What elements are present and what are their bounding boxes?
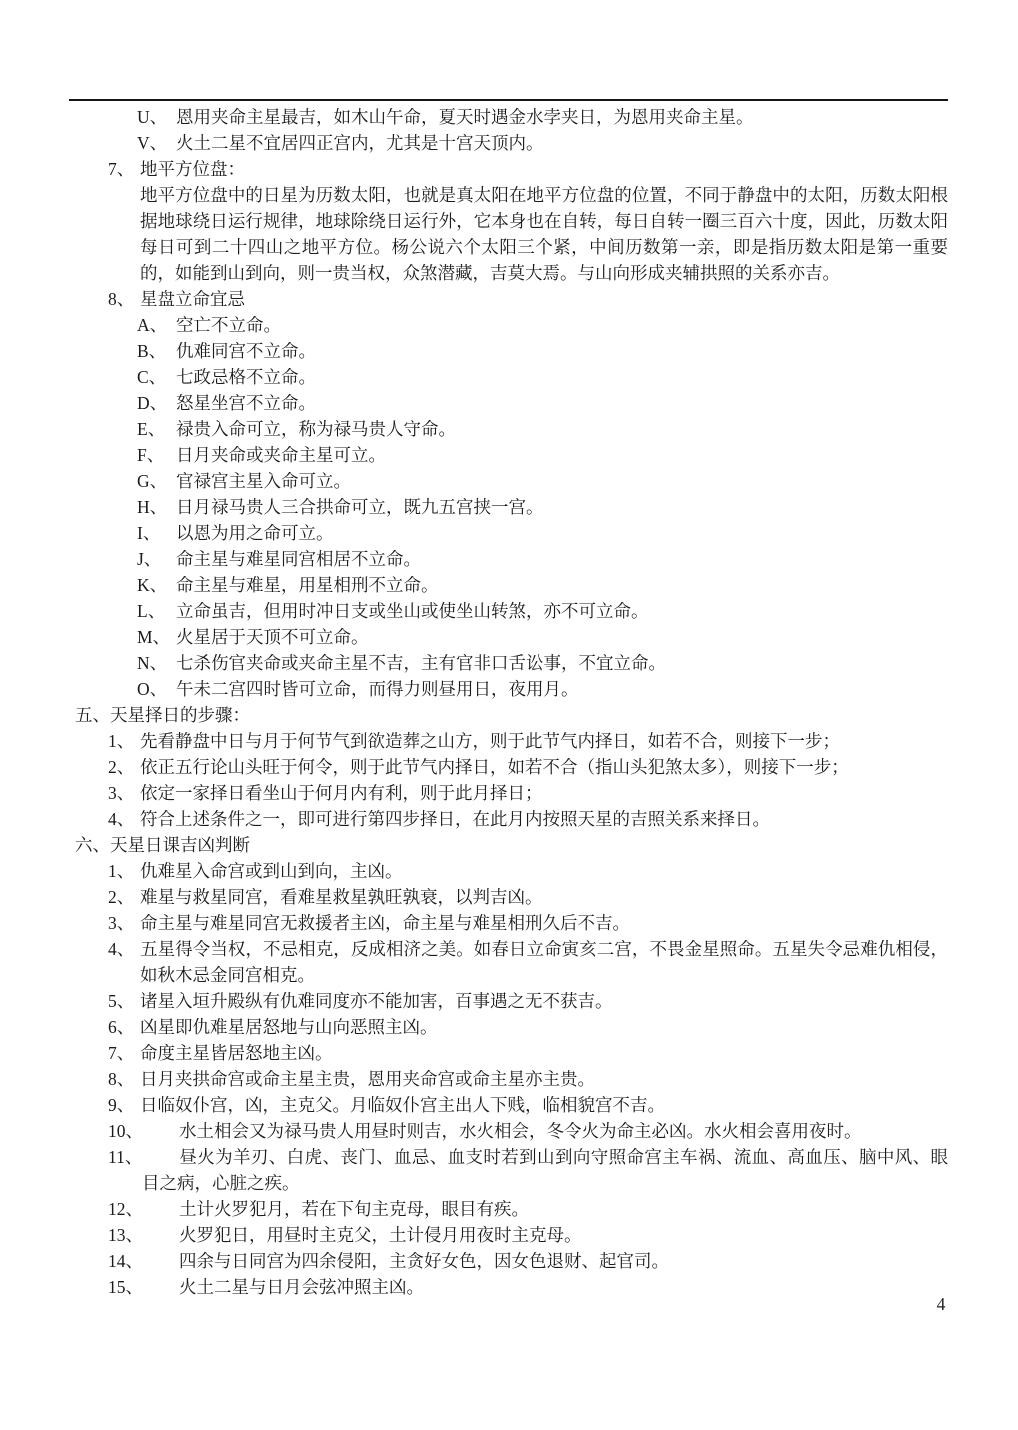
list-item: 9、日临奴仆宫，凶，主克父。月临奴仆宫主出人下贱，临相貌宫不吉。 — [69, 1092, 948, 1118]
list-item-text: 日临奴仆宫，凶，主克父。月临奴仆宫主出人下贱，临相貌宫不吉。 — [140, 1095, 665, 1115]
list-item-text: 怒星坐宫不立命。 — [176, 393, 316, 413]
list-item-label: D、 — [137, 390, 176, 416]
list-item: 2、依正五行论山头旺于何令，则于此节气内择日，如若不合（指山头犯煞太多），则接下… — [69, 754, 948, 780]
list-item-text: 空亡不立命。 — [176, 315, 281, 335]
list-item: 1、先看静盘中日与月于何节气到欲造葬之山方，则于此节气内择日，如若不合，则接下一… — [69, 728, 948, 754]
list-item-text: 符合上述条件之一，即可进行第四步择日，在此月内按照天星的吉照关系来择日。 — [140, 809, 770, 829]
list-item-label: 2、 — [108, 754, 140, 780]
list-item-label: B、 — [137, 338, 176, 364]
list-item-label: 10、 — [108, 1118, 179, 1144]
list-item: V、火土二星不宜居四正宫内，尤其是十宫天顶内。 — [69, 130, 948, 156]
list-item-label: 6、 — [108, 1014, 140, 1040]
list-item: D、怒星坐宫不立命。 — [69, 390, 948, 416]
list-item-text: 命主星与难星同宫无救援者主凶，命主星与难星相刑久后不吉。 — [140, 913, 630, 933]
list-item-label: N、 — [137, 650, 176, 676]
list-item: 11、昼火为羊刃、白虎、丧门、血忌、血支时若到山到向守照命宫主车祸、流血、高血压… — [69, 1144, 948, 1196]
list-item: 3、命主星与难星同宫无救援者主凶，命主星与难星相刑久后不吉。 — [69, 910, 948, 936]
list-item-text: 官禄宫主星入命可立。 — [176, 471, 351, 491]
list-item: U、恩用夹命主星最吉，如木山午命，夏天时遇金水孛夹日，为恩用夹命主星。 — [69, 104, 948, 130]
list-item: H、日月禄马贵人三合拱命可立，既九五宫挟一宫。 — [69, 494, 948, 520]
list-item-text: 火星居于天顶不可立命。 — [176, 627, 369, 647]
list-item-label: 8、 — [108, 286, 140, 312]
list-item: 12、土计火罗犯月，若在下旬主克母，眼目有疾。 — [69, 1196, 948, 1222]
list-item-label: 3、 — [108, 910, 140, 936]
list-item: 1、仇难星入命宫或到山到向，主凶。 — [69, 858, 948, 884]
section-heading-5: 五、天星择日的步骤： — [69, 702, 948, 728]
list-item: 10、水土相会又为禄马贵人用昼时则吉，水火相会，冬令火为命主必凶。水火相会喜用夜… — [69, 1118, 948, 1144]
list-item-text: 火土二星不宜居四正宫内，尤其是十宫天顶内。 — [176, 133, 544, 153]
list-item-label: A、 — [137, 312, 176, 338]
list-item-label: 5、 — [108, 988, 140, 1014]
list-item-text: 命主星与难星同宫相居不立命。 — [176, 549, 421, 569]
list-item-label: E、 — [137, 416, 176, 442]
paragraph: 地平方位盘中的日星为历数太阳，也就是真太阳在地平方位盘的位置，不同于静盘中的太阳… — [69, 182, 948, 286]
list-item-text: 难星与救星同宫，看难星救星孰旺孰衰，以判吉凶。 — [140, 887, 543, 907]
list-item-label: 11、 — [108, 1144, 179, 1170]
list-item: C、七政忌格不立命。 — [69, 364, 948, 390]
list-item-label: I、 — [137, 520, 176, 546]
list-item-label: 13、 — [108, 1222, 179, 1248]
list-item-label: 4、 — [108, 936, 140, 962]
list-item-label: G、 — [137, 468, 176, 494]
list-item-text: 以恩为用之命可立。 — [176, 523, 334, 543]
list-item-label: K、 — [137, 572, 176, 598]
list-item-text: 四余与日同宫为四余侵阳，主贪好女色，因女色退财、起官司。 — [179, 1251, 669, 1271]
list-item-label: 7、 — [108, 156, 140, 182]
header-rule — [69, 99, 948, 101]
list-item-text: 先看静盘中日与月于何节气到欲造葬之山方，则于此节气内择日，如若不合，则接下一步； — [140, 731, 840, 751]
list-item: I、以恩为用之命可立。 — [69, 520, 948, 546]
list-item-label: 12、 — [108, 1196, 179, 1222]
list-item-text: 仇难同宫不立命。 — [176, 341, 316, 361]
list-item: 8、日月夹拱命宫或命主星主贵，恩用夹命宫或命主星亦主贵。 — [69, 1066, 948, 1092]
list-item: M、火星居于天顶不可立命。 — [69, 624, 948, 650]
section-title: 天星择日的步骤： — [110, 705, 250, 725]
section-label: 五、 — [75, 702, 110, 728]
list-item-text: 依正五行论山头旺于何令，则于此节气内择日，如若不合（指山头犯煞太多），则接下一步… — [140, 757, 849, 777]
list-item: 14、四余与日同宫为四余侵阳，主贪好女色，因女色退财、起官司。 — [69, 1248, 948, 1274]
list-item: N、七杀伤官夹命或夹命主星不吉，主有官非口舌讼事，不宜立命。 — [69, 650, 948, 676]
list-item-text: 火罗犯日，用昼时主克父，土计侵月用夜时主克母。 — [179, 1225, 582, 1245]
list-item-text: 日月夹拱命宫或命主星主贵，恩用夹命宫或命主星亦主贵。 — [140, 1069, 595, 1089]
heading-item-7: 7、地平方位盘： — [69, 156, 948, 182]
list-item-label: 4、 — [108, 806, 140, 832]
list-item: G、官禄宫主星入命可立。 — [69, 468, 948, 494]
list-item: O、午未二宫四时皆可立命，而得力则昼用日，夜用月。 — [69, 676, 948, 702]
list-item: 6、凶星即仇难星居怒地与山向恶照主凶。 — [69, 1014, 948, 1040]
list-item: J、命主星与难星同宫相居不立命。 — [69, 546, 948, 572]
heading-title: 星盘立命宜忌 — [140, 289, 245, 309]
list-item-text: 依定一家择日看坐山于何月内有利，则于此月择日； — [140, 783, 543, 803]
list-item-text: 日月禄马贵人三合拱命可立，既九五宫挟一宫。 — [176, 497, 544, 517]
list-item-text: 仇难星入命宫或到山到向，主凶。 — [140, 861, 403, 881]
list-item-label: U、 — [137, 104, 176, 130]
section-label: 六、 — [75, 832, 110, 858]
list-item: F、日月夹命或夹命主星可立。 — [69, 442, 948, 468]
list-item: 2、难星与救星同宫，看难星救星孰旺孰衰，以判吉凶。 — [69, 884, 948, 910]
list-item-label: 2、 — [108, 884, 140, 910]
list-item-text: 火土二星与日月会弦冲照主凶。 — [179, 1277, 424, 1297]
list-item-text: 土计火罗犯月，若在下旬主克母，眼目有疾。 — [179, 1199, 529, 1219]
list-item: A、空亡不立命。 — [69, 312, 948, 338]
list-item-text: 五星得令当权，不忌相克，反成相济之美。如春日立命寅亥二宫，不畏金星照命。五星失令… — [140, 939, 948, 985]
list-item-label: M、 — [137, 624, 176, 650]
list-item-label: 1、 — [108, 858, 140, 884]
list-item-text: 日月夹命或夹命主星可立。 — [176, 445, 386, 465]
list-item: 7、命度主星皆居怒地主凶。 — [69, 1040, 948, 1066]
list-item-label: L、 — [137, 598, 176, 624]
document-page: U、恩用夹命主星最吉，如木山午命，夏天时遇金水孛夹日，为恩用夹命主星。 V、火土… — [0, 0, 1018, 1430]
page-number: 4 — [931, 1294, 951, 1315]
list-item-text: 禄贵入命可立，称为禄马贵人守命。 — [176, 419, 456, 439]
list-item-text: 立命虽吉，但用时冲日支或坐山或使坐山转煞，亦不可立命。 — [176, 601, 649, 621]
list-item-label: 8、 — [108, 1066, 140, 1092]
list-item: E、禄贵入命可立，称为禄马贵人守命。 — [69, 416, 948, 442]
list-item-text: 七政忌格不立命。 — [176, 367, 316, 387]
list-item: 4、五星得令当权，不忌相克，反成相济之美。如春日立命寅亥二宫，不畏金星照命。五星… — [69, 936, 948, 988]
list-item-text: 命度主星皆居怒地主凶。 — [140, 1043, 333, 1063]
list-item-text: 恩用夹命主星最吉，如木山午命，夏天时遇金水孛夹日，为恩用夹命主星。 — [176, 107, 754, 127]
heading-title: 地平方位盘： — [140, 159, 245, 179]
list-item: 4、符合上述条件之一，即可进行第四步择日，在此月内按照天星的吉照关系来择日。 — [69, 806, 948, 832]
list-item-text: 昼火为羊刃、白虎、丧门、血忌、血支时若到山到向守照命宫主车祸、流血、高血压、脑中… — [142, 1147, 948, 1193]
list-item: 13、火罗犯日，用昼时主克父，土计侵月用夜时主克母。 — [69, 1222, 948, 1248]
list-item-label: 9、 — [108, 1092, 140, 1118]
list-item-text: 诸星入垣升殿纵有仇难同度亦不能加害，百事遇之无不获吉。 — [140, 991, 613, 1011]
list-item-text: 水土相会又为禄马贵人用昼时则吉，水火相会，冬令火为命主必凶。水火相会喜用夜时。 — [179, 1121, 862, 1141]
list-item-label: V、 — [137, 130, 176, 156]
list-item-label: 3、 — [108, 780, 140, 806]
list-item-text: 午未二宫四时皆可立命，而得力则昼用日，夜用月。 — [176, 679, 579, 699]
list-item: K、命主星与难星，用星相刑不立命。 — [69, 572, 948, 598]
list-item-text: 七杀伤官夹命或夹命主星不吉，主有官非口舌讼事，不宜立命。 — [176, 653, 666, 673]
list-item-label: J、 — [137, 546, 176, 572]
list-item: 3、依定一家择日看坐山于何月内有利，则于此月择日； — [69, 780, 948, 806]
list-item-label: 7、 — [108, 1040, 140, 1066]
list-item-text: 凶星即仇难星居怒地与山向恶照主凶。 — [140, 1017, 438, 1037]
list-item-label: 15、 — [108, 1274, 179, 1300]
list-item: L、立命虽吉，但用时冲日支或坐山或使坐山转煞，亦不可立命。 — [69, 598, 948, 624]
list-item-label: 14、 — [108, 1248, 179, 1274]
section-heading-6: 六、天星日课吉凶判断 — [69, 832, 948, 858]
list-item: 15、火土二星与日月会弦冲照主凶。 — [69, 1274, 948, 1300]
list-item-text: 命主星与难星，用星相刑不立命。 — [176, 575, 439, 595]
list-item-label: C、 — [137, 364, 176, 390]
list-item: B、仇难同宫不立命。 — [69, 338, 948, 364]
section-title: 天星日课吉凶判断 — [110, 835, 250, 855]
list-item: 5、诸星入垣升殿纵有仇难同度亦不能加害，百事遇之无不获吉。 — [69, 988, 948, 1014]
heading-item-8: 8、星盘立命宜忌 — [69, 286, 948, 312]
list-item-label: O、 — [137, 676, 176, 702]
list-item-label: F、 — [137, 442, 176, 468]
list-item-label: 1、 — [108, 728, 140, 754]
list-item-label: H、 — [137, 494, 176, 520]
document-body: U、恩用夹命主星最吉，如木山午命，夏天时遇金水孛夹日，为恩用夹命主星。 V、火土… — [69, 104, 948, 1300]
